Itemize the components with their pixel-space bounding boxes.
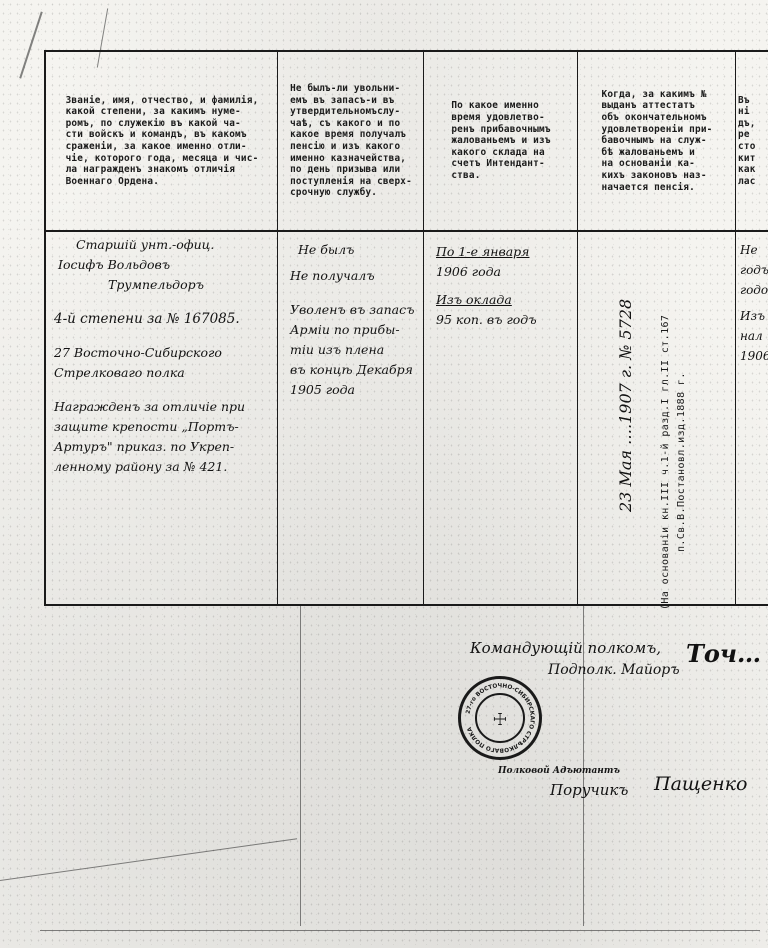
entry-allowance: По 1-е января 1906 года Изъ оклада 95 ко… (436, 244, 576, 332)
service-record-table: Званіе, имя, отчество, и фамилія, какой … (44, 50, 768, 606)
header-allowance: По какое именно время удовлетво- ренъ пр… (424, 52, 578, 230)
adjutant-rank: Поручикъ (550, 782, 628, 798)
svg-text:27-го ВОСТОЧНО-СИБИРСКАГО СТРѢ: 27-го ВОСТОЧНО-СИБИРСКАГО СТРѢЛКОВАГО ПО… (466, 683, 535, 752)
entry-rank-name: Старшій унт.-офиц. Іосифъ Вольдовъ Трумп… (54, 237, 274, 479)
entry-line: Не получалъ (290, 268, 420, 284)
commander-title-line2: Подполк. Майоръ (548, 662, 680, 678)
adjutant-signature: Пащенко (654, 776, 747, 792)
entry-line: 1905 года (290, 382, 420, 398)
certificate-handwritten: 23 Мая ….1907 г. № 5728 (618, 299, 634, 512)
entry-line: въ концѣ Декабря (290, 362, 420, 378)
entry-line: Артуръ" приказ. по Укреп- (54, 439, 274, 455)
crease-line (300, 606, 301, 926)
entry-line: 27 Восточно-Сибирского (54, 345, 274, 361)
entry-partial: Не годъ годо Изъ нал 1906 (740, 242, 768, 368)
certificate-law-reference-2: п.Св.В.Постановл.изд.1888 г. (676, 372, 687, 552)
seal-ring-text: 27-го ВОСТОЧНО-СИБИРСКАГО СТРѢЛКОВАГО ПО… (461, 679, 539, 757)
header-reserve: Не былъ-ли увольни- емъ въ запасъ-и въ у… (278, 52, 424, 230)
entry-line: По 1-е января (436, 244, 576, 260)
header-partial: Въ ні дъ, ре сто кит как лас (736, 52, 768, 230)
entry-line: Награжденъ за отличіе при (54, 399, 274, 415)
commander-signature: Точ… (686, 646, 761, 662)
entry-line: Стрелковаго полка (54, 365, 274, 381)
commander-title-line1: Командующій полкомъ, (470, 640, 661, 656)
entry-line: Изъ оклада (436, 292, 576, 308)
entry-line: 4-й степени за № 167085. (54, 311, 274, 327)
entry-line: Арміи по прибы- (290, 322, 420, 338)
header-rank-name: Званіе, имя, отчество, и фамилія, какой … (46, 52, 278, 230)
header-certificate: Когда, за какимъ № выданъ аттестатъ объ … (578, 52, 736, 230)
entry-line: 1906 года (436, 264, 576, 280)
crease-line (0, 838, 297, 881)
crease-line (40, 930, 760, 931)
document-page: Званіе, имя, отчество, и фамилія, какой … (0, 0, 768, 948)
entry-line: защите крепости „Портъ- (54, 419, 274, 435)
regimental-seal: 27-го ВОСТОЧНО-СИБИРСКАГО СТРѢЛКОВАГО ПО… (458, 676, 542, 760)
entry-line: Старшій унт.-офиц. (54, 237, 274, 253)
entry-line: Іосифъ Вольдовъ (54, 257, 274, 273)
header-separator (46, 230, 768, 232)
entry-line: Не былъ (290, 242, 420, 258)
crease-line (19, 11, 42, 78)
entry-line: тіи изъ плена (290, 342, 420, 358)
entry-line: Уволенъ въ запасъ (290, 302, 420, 318)
adjutant-label: Полковой Адъютантъ (498, 766, 620, 776)
entry-line: ленному району за № 421. (54, 459, 274, 475)
certificate-law-reference-1: (На основаніи кн.III ч.1-й разд.I гл.II … (660, 315, 671, 610)
entry-reserve: Не былъ Не получалъ Уволенъ въ запасъ Ар… (290, 242, 420, 402)
entry-line: Трумпельдоръ (54, 277, 274, 293)
entry-line: 95 коп. въ годъ (436, 312, 576, 328)
